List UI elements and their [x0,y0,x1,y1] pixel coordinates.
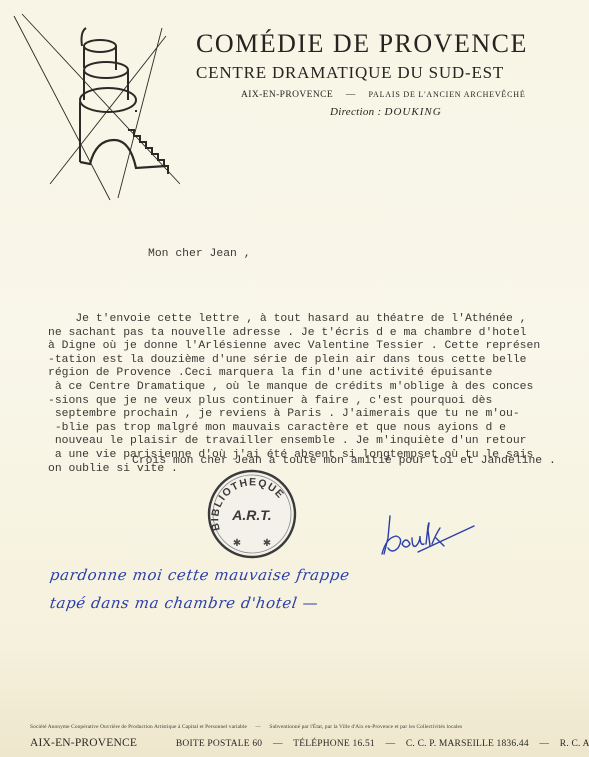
letterhead-address: AIX-EN-PROVENCE — PALAIS DE L'ANCIEN ARC… [241,90,526,100]
tower-staircase-logo-icon [10,12,180,202]
body-line: -tation est la douzième d'une série de p… [48,354,540,368]
footer-legal-right: Subventionné par l'État, par la Ville d'… [269,724,462,730]
footer-separator: — [255,724,261,730]
footer-separator: — [273,739,283,749]
closing-line: Crois mon cher Jean à toute mon amitié p… [132,455,556,469]
stamp-star-icon: ✱ [263,538,271,549]
body-line: Je t'envoie cette lettre , à tout hasard… [48,313,540,327]
body-line: région de Provence .Ceci marquera la fin… [48,367,540,381]
body-line: à Digne où je donne l'Arlésienne avec Va… [48,340,540,354]
footer-separator: — [386,739,396,749]
footer-rc: R. C. Aix 18.230 B [560,739,589,749]
footer-city: AIX-EN-PROVENCE [30,737,137,749]
stamp-center-text: A.R.T. [231,507,271,523]
handwritten-note-line-2: tapé dans ma chambre d'hotel — [49,594,320,612]
footer-legal: Société Anonyme Coopérative Ouvrière de … [30,724,589,730]
footer-ccp: C. C. P. MARSEILLE 1836.44 [406,739,529,749]
footer-contact: AIX-EN-PROVENCE BOITE POSTALE 60 — TÉLÉP… [30,737,589,749]
body-line: nouveau le plaisir de travailler ensembl… [48,435,540,449]
body-line: -blie pas trop malgré mon mauvais caract… [48,422,540,436]
handwritten-note-line-1: pardonne moi cette mauvaise frappe [49,566,351,584]
footer-separator: — [540,739,550,749]
direction-label: Direction : [330,106,381,118]
letterhead-venue: PALAIS DE L'ANCIEN ARCHEVÊCHÉ [369,90,526,99]
company-subtitle: CENTRE DRAMATIQUE DU SUD-EST [196,63,504,83]
letter-body: Je t'envoie cette lettre , à tout hasard… [48,313,540,476]
letterhead-city: AIX-EN-PROVENCE [241,90,333,100]
library-stamp-icon: BIBLIOTHEQUE A.R.T. ✱ ✱ [206,468,298,560]
body-line: ne sachant pas ta nouvelle adresse . Je … [48,327,540,341]
footer-legal-left: Société Anonyme Coopérative Ouvrière de … [30,724,247,730]
footer-phone: TÉLÉPHONE 16.51 [293,739,375,749]
body-line: à ce Centre Dramatique , où le manque de… [48,381,540,395]
body-line: septembre prochain , je reviens à Paris … [48,408,540,422]
company-name: COMÉDIE DE PROVENCE [196,29,528,59]
salutation: Mon cher Jean , [148,248,251,262]
letter-page: COMÉDIE DE PROVENCE CENTRE DRAMATIQUE DU… [0,0,589,757]
letterhead-direction: Direction : DOUKING [330,106,442,118]
signature [378,508,478,560]
footer-po-box: BOITE POSTALE 60 [176,739,262,749]
director-name: DOUKING [385,106,442,118]
address-separator: — [346,90,356,100]
body-line: -sions que je ne veux plus continuer à f… [48,395,540,409]
stamp-star-icon: ✱ [233,538,241,549]
